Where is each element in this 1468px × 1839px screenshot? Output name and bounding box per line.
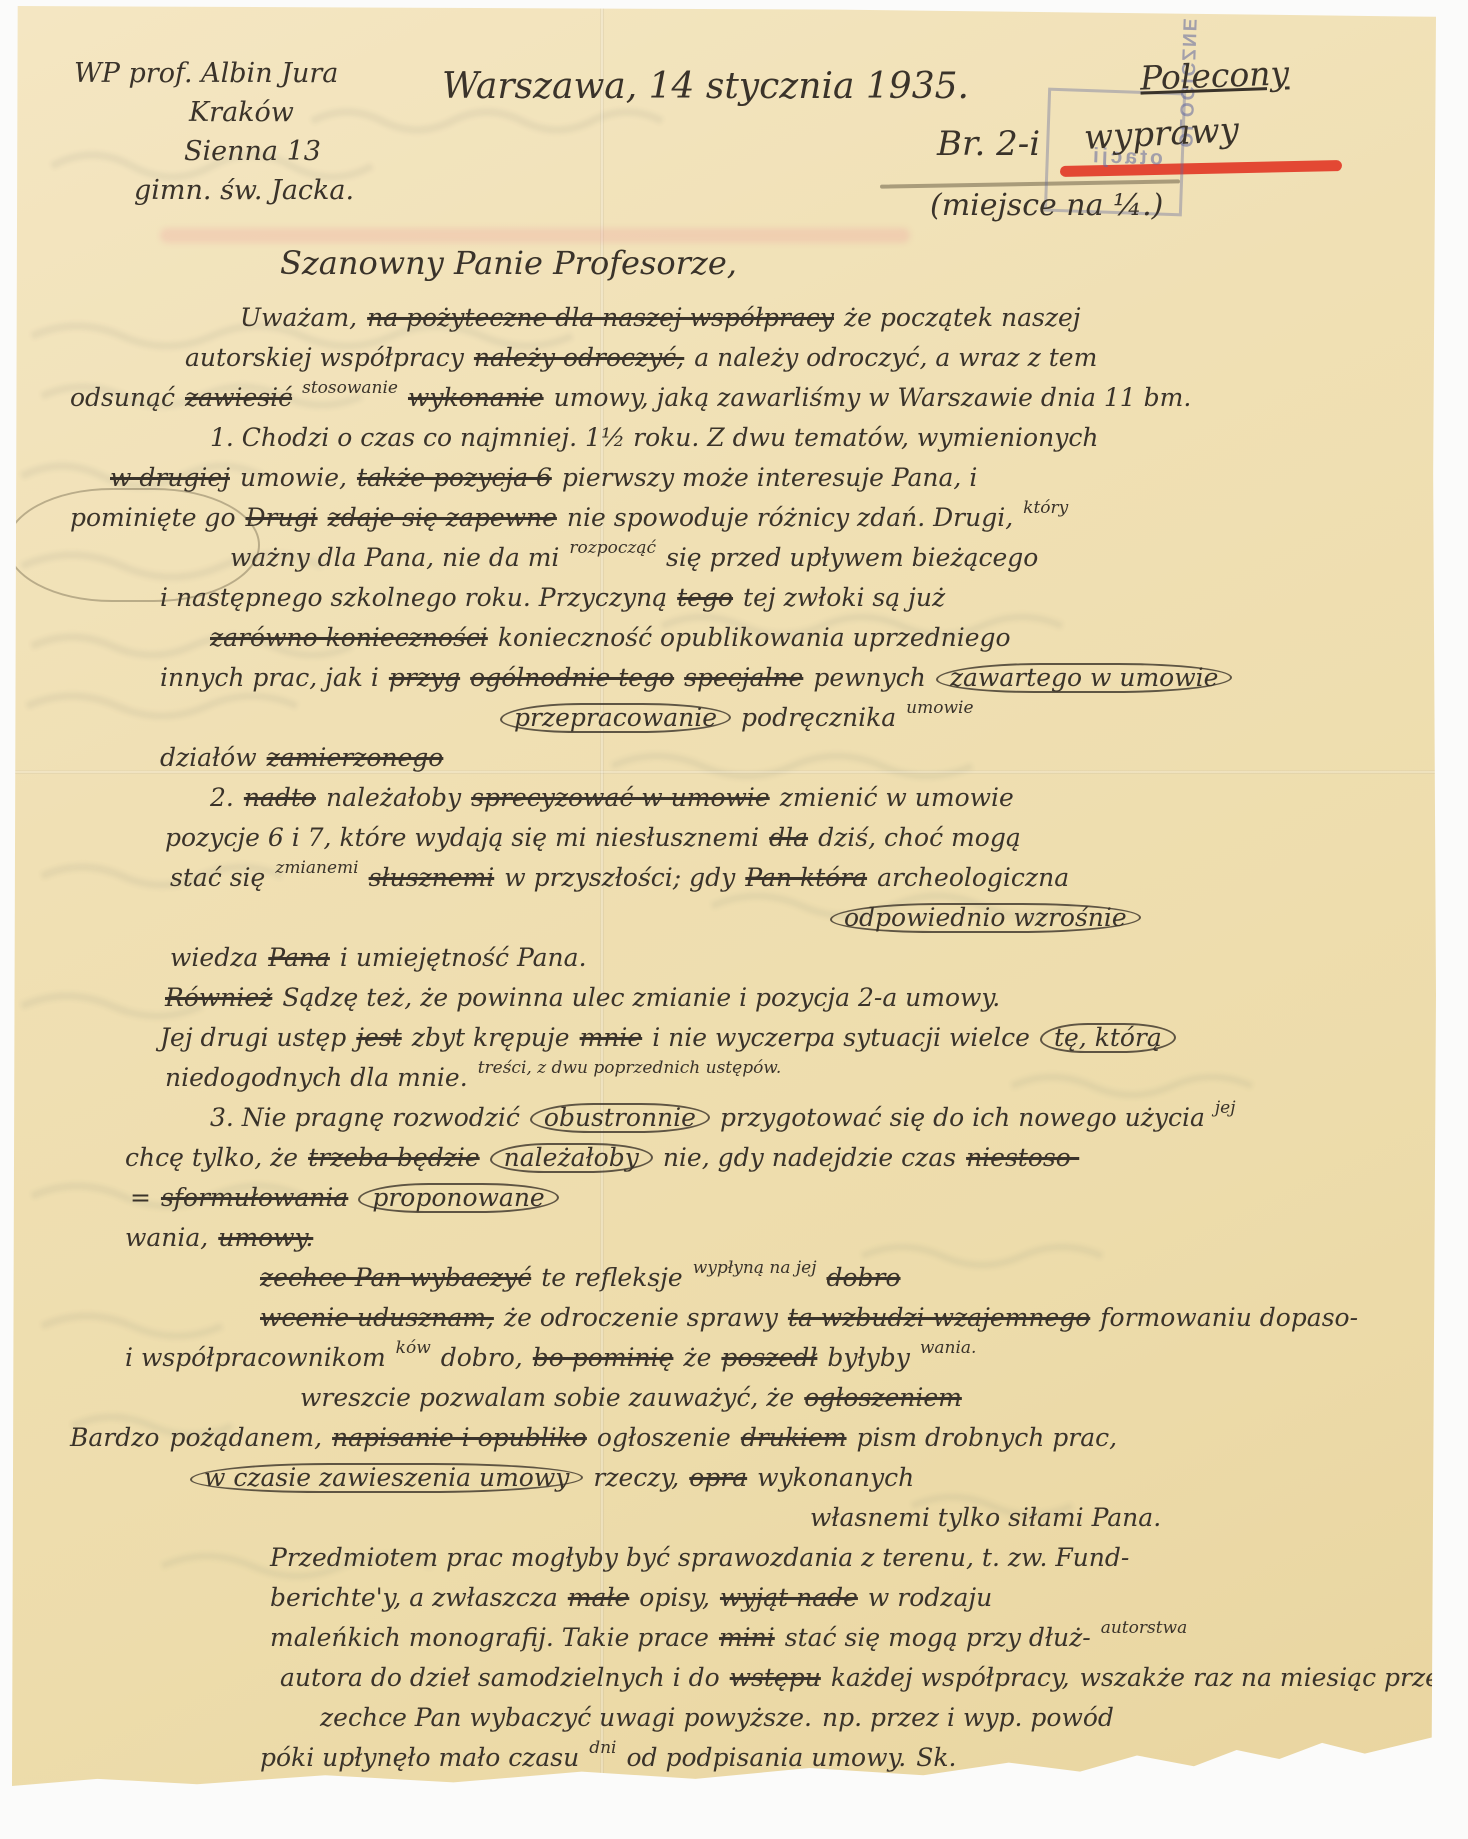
struck-text: sformułowania [161,1183,348,1212]
struck-text: wstępu [730,1663,821,1692]
struck-text: zdaje się zapewne [328,503,557,532]
inserted-text: rozpocząć [569,538,656,558]
struck-text: małe [568,1583,630,1612]
sender-line: Kraków [74,93,354,132]
handwritten-line: zechce Pan wybaczyć uwagi powyższe.np. p… [70,1698,1420,1738]
struck-text: ogólnodnie tego [470,663,674,692]
handwritten-line: ważny dla Pana, nie da mirozpocząćsię pr… [70,538,1420,578]
struck-text: słusznemi [369,863,495,892]
handwritten-line: stać sięzmianemisłusznemiw przyszłości; … [70,858,1420,898]
handwritten-line: i współpracownikomkówdobro,bo pominiężep… [70,1338,1420,1378]
handwritten-text: własnemi tylko siłami Pana. [810,1503,1161,1532]
handwritten-text: berichte'y, a zwłaszcza [270,1583,558,1612]
circled-text: proponowane [358,1183,558,1213]
inserted-text: stosowanie [302,378,398,398]
dispatch-number: Br. 2-i [937,124,1040,164]
handwritten-text: stać się [170,863,265,892]
handwritten-text: chcę tylko, że [125,1143,298,1172]
handwritten-text: = [130,1183,151,1212]
circled-text: w czasie zawieszenia umowy [190,1463,583,1493]
handwritten-text: pism drobnych prac, [857,1423,1118,1452]
struck-text: wykonanie [408,383,544,412]
handwritten-text: działów [160,743,257,772]
handwritten-text: wszakże raz na miesiąc przez [1080,1663,1454,1692]
struck-text: opra [689,1463,747,1492]
inserted-text: treści, z dwu poprzednich ustępów. [478,1058,782,1078]
handwritten-line: póki upłynęło mało czasudniod podpisania… [70,1738,1420,1778]
handwritten-text: w rodzaju [868,1583,992,1612]
salutation: Szanowny Panie Profesorze, [280,244,737,282]
registered-label: Polecony [1139,53,1289,97]
handwritten-text: rzeczy, [593,1463,679,1492]
handwritten-text: autorskiej współpracy [185,343,464,372]
handwritten-text: autora do dzieł samodzielnych i do [280,1663,720,1692]
inserted-text: autorstwa [1101,1618,1188,1638]
handwritten-text: 1. Chodzi o czas co najmniej. 1½ roku. Z… [210,423,1098,452]
struck-text: mnie [580,1023,643,1052]
circled-text: zawartego w umowie [936,663,1233,693]
handwritten-text: maleńkich monografij. Takie prace [270,1623,709,1652]
handwritten-text: wykonanych [757,1463,914,1492]
struck-text: wcenie udusznam, [260,1303,494,1332]
handwritten-text: należałoby [326,783,461,812]
inserted-text: jej [1215,1098,1236,1118]
handwritten-text: wania, [125,1223,208,1252]
handwritten-line: odpowiednio wzrośnie [70,898,1420,938]
handwritten-line: autora do dzieł samodzielnych i dowstępu… [70,1658,1420,1698]
handwritten-text: umowy, jaką zawarliśmy w Warszawie dnia … [554,383,1192,412]
struck-text: napisanie i opubliko [332,1423,587,1452]
handwritten-text: zbyt krępuje [412,1023,570,1052]
letter-body: Uważam,na pożyteczne dla naszej współpra… [70,298,1420,1778]
struck-text: niestoso- [966,1143,1079,1172]
struck-text: ta wzbudzi wzajemnego [788,1303,1090,1332]
handwritten-text: dobro, [441,1343,523,1372]
handwritten-text: ważny dla Pana, nie da mi [230,543,559,572]
handwritten-text: tej zwłoki są już [743,583,945,612]
inserted-text: ków [396,1338,431,1358]
handwritten-text: Sk. [916,1743,956,1772]
handwritten-text: że początek naszej [844,303,1081,332]
handwritten-text: formowaniu dopaso- [1100,1303,1358,1332]
handwritten-text: pierwszy może interesuje Pana, i [562,463,978,492]
struck-text: dla [769,823,808,852]
handwritten-line: wcenie udusznam,że odroczenie sprawyta w… [70,1298,1420,1338]
handwritten-text: podręcznika [741,703,896,732]
handwritten-line: berichte'y, a zwłaszczamałeopisy,wyjąt n… [70,1578,1420,1618]
handwritten-line: Bardzopożądanem,napisanie i opublikoogło… [70,1418,1420,1458]
handwritten-line: 3. Nie pragnę rozwodzićobustronnieprzygo… [70,1098,1420,1138]
handwritten-text: Jej drugi ustęp [160,1023,346,1052]
inserted-text: zmianemi [275,858,358,878]
inserted-text: wypłyną na jej [693,1258,817,1278]
handwritten-line: Jej drugi ustępjestzbyt krępujemniei nie… [70,1018,1420,1058]
handwritten-text: pewnych [813,663,926,692]
struck-text: sprecyzować w umowie [471,783,770,812]
handwritten-text: i współpracownikom [125,1343,386,1372]
handwritten-text: każdej współpracy, [831,1663,1070,1692]
struck-text: należy odroczyć, [474,343,684,372]
handwritten-text: stać się mogą przy dłuż- [785,1623,1091,1652]
handwritten-text: innych prac, jak i [160,663,379,692]
handwritten-text: że [683,1343,711,1372]
handwritten-text: opisy, [639,1583,710,1612]
handwritten-line: innych prac, jak iprzygogólnodnie tegosp… [70,658,1420,698]
struck-text: także pozycja 6 [357,463,552,492]
handwritten-text: przygotować się do ich nowego użycia [720,1103,1205,1132]
handwritten-text: Bardzo [70,1423,159,1452]
handwritten-text: pominięte go [70,503,236,532]
struck-text: jest [356,1023,401,1052]
handwritten-line: w drugiejumowie,także pozycja 6pierwszy … [70,458,1420,498]
letter-paper-sheet: OLOGICZNE otacji WP prof. Albin JuraKrak… [12,6,1436,1804]
handwritten-line: pozycje 6 i 7, które wydają się mi niesł… [70,818,1420,858]
circled-text: tę, którą [1040,1023,1176,1053]
handwritten-text: zechce Pan wybaczyć uwagi powyższe. [320,1703,812,1732]
handwritten-text: w przyszłości; gdy [504,863,735,892]
inserted-text: który [1023,498,1068,518]
struck-text: na pożyteczne dla naszej współpracy [367,303,834,332]
struck-text: nadto [244,783,316,812]
inserted-text: wania. [920,1338,977,1358]
struck-text: Pana [268,943,330,972]
parenthetical-note: (miejsce na ¼.) [930,188,1163,223]
handwritten-text: nie spowoduje różnicy zdań. Drugi, [567,503,1013,532]
handwritten-text: pozycje 6 i 7, które wydają się mi niesł… [165,823,759,852]
handwritten-text: np. przez i wyp. powód [822,1703,1114,1732]
handwritten-line: 1. Chodzi o czas co najmniej. 1½ roku. Z… [70,418,1420,458]
handwritten-text: że odroczenie sprawy [504,1303,778,1332]
dateline: Warszawa, 14 stycznia 1935. [442,66,969,107]
handwritten-line: maleńkich monografij. Takie praceminista… [70,1618,1420,1658]
inserted-text: dni [589,1738,616,1758]
handwritten-line: chcę tylko, żetrzeba będzienależałobynie… [70,1138,1420,1178]
struck-text: w drugiej [110,463,230,492]
struck-text: trzeba będzie [308,1143,480,1172]
sender-line: gimn. św. Jacka. [74,171,354,210]
handwritten-text: odsunąć [70,383,175,412]
handwritten-text: konieczność opublikowania uprzedniego [498,623,1011,652]
struck-text: poszedł [721,1343,817,1372]
handwritten-line: własnemi tylko siłami Pana. [70,1498,1420,1538]
struck-text: wyjąt nade [720,1583,858,1612]
struck-text: tego [677,583,733,612]
struck-text: zechce Pan wybaczyć [260,1263,531,1292]
handwritten-line: RównieżSądzę też, że powinna ulec zmiani… [70,978,1420,1018]
struck-text: Pan która [745,863,867,892]
pink-smudge [160,228,910,243]
circled-text: obustronnie [530,1103,710,1133]
handwritten-text: pożądanem, [169,1423,322,1452]
handwritten-text: wiedza [170,943,258,972]
handwritten-text: od podpisania umowy. [626,1743,906,1772]
struck-text: ogłoszeniem [804,1383,962,1412]
handwritten-line: niedogodnych dla mnie.treści, z dwu popr… [70,1058,1420,1098]
handwritten-text: zmienić w umowie [780,783,1014,812]
struck-text: dobro [826,1263,900,1292]
handwritten-text: dziś, choć mogą [818,823,1021,852]
handwritten-line: Przedmiotem prac mogłyby być sprawozdani… [70,1538,1420,1578]
sender-line: Sienna 13 [74,132,354,171]
handwritten-text: wreszcie pozwalam sobie zauważyć, że [300,1383,794,1412]
struck-text: specjalne [684,663,803,692]
handwritten-line: pominięte goDrugizdaje się zapewnenie sp… [70,498,1420,538]
handwritten-line: działówzamierzonego [70,738,1420,778]
handwritten-text: a należy odroczyć, a wraz z tem [694,343,1097,372]
handwritten-text: byłyby [827,1343,909,1372]
struck-text: zamierzonego [267,743,444,772]
handwritten-line: wania,umowy. [70,1218,1420,1258]
struck-text: bo pominię [533,1343,674,1372]
sender-address-block: WP prof. Albin JuraKrakówSienna 13gimn. … [74,54,354,210]
handwritten-text: 2. [210,783,234,812]
handwritten-line: =sformułowaniaproponowane [70,1178,1420,1218]
struck-text: zarówno konieczności [210,623,488,652]
handwritten-line: odsunąćzawiesićstosowaniewykonanieumowy,… [70,378,1420,418]
issue-label: wyprawy [1083,110,1240,158]
handwritten-line: i następnego szkolnego roku. Przyczynąte… [70,578,1420,618]
handwritten-text: i umiejętność Pana. [340,943,587,972]
circled-text: odpowiednio wzrośnie [830,903,1141,933]
inserted-text: umowie [906,698,973,718]
handwritten-text: te refleksje [541,1263,683,1292]
circled-text: przepracowanie [500,703,731,733]
handwritten-text: ogłoszenie [597,1423,731,1452]
handwritten-text: Sądzę też, że powinna ulec zmianie i poz… [282,983,1000,1012]
handwritten-text: archeologiczna [877,863,1069,892]
handwritten-text: póki upłynęło mało czasu [260,1743,579,1772]
handwritten-line: przepracowaniepodręcznikaumowie [70,698,1420,738]
handwritten-text: i nie wyczerpa sytuacji wielce [652,1023,1030,1052]
handwritten-text: nie, gdy nadejdzie czas [663,1143,956,1172]
handwritten-text: niedogodnych dla mnie. [165,1063,468,1092]
handwritten-line: autorskiej współpracynależy odroczyć,a n… [70,338,1420,378]
struck-text: przyg [389,663,460,692]
handwritten-line: 2.nadtonależałobysprecyzować w umowiezmi… [70,778,1420,818]
struck-text: umowy. [218,1223,313,1252]
handwritten-line: w czasie zawieszenia umowyrzeczy,oprawyk… [70,1458,1420,1498]
struck-text: Drugi [246,503,318,532]
scanned-letter-canvas: OLOGICZNE otacji WP prof. Albin JuraKrak… [0,0,1468,1839]
struck-text: mini [719,1623,775,1652]
handwritten-line: wiedzaPanai umiejętność Pana. [70,938,1420,978]
handwritten-text: umowie, [240,463,347,492]
handwritten-text: Uważam, [240,303,357,332]
struck-text: drukiem [741,1423,847,1452]
handwritten-text: i następnego szkolnego roku. Przyczyną [160,583,667,612]
handwritten-line: zarówno koniecznościkonieczność opubliko… [70,618,1420,658]
handwritten-text: się przed upływem bieżącego [666,543,1038,572]
sender-line: WP prof. Albin Jura [74,54,354,93]
struck-text: Również [165,983,272,1012]
handwritten-text: 3. Nie pragnę rozwodzić [210,1103,520,1132]
circled-text: należałoby [490,1143,653,1173]
handwritten-line: zechce Pan wybaczyćte refleksjewypłyną n… [70,1258,1420,1298]
handwritten-line: wreszcie pozwalam sobie zauważyć, żeogło… [70,1378,1420,1418]
handwritten-text: Przedmiotem prac mogłyby być sprawozdani… [270,1543,1129,1572]
struck-text: zawiesić [185,383,292,412]
handwritten-line: Uważam,na pożyteczne dla naszej współpra… [70,298,1420,338]
